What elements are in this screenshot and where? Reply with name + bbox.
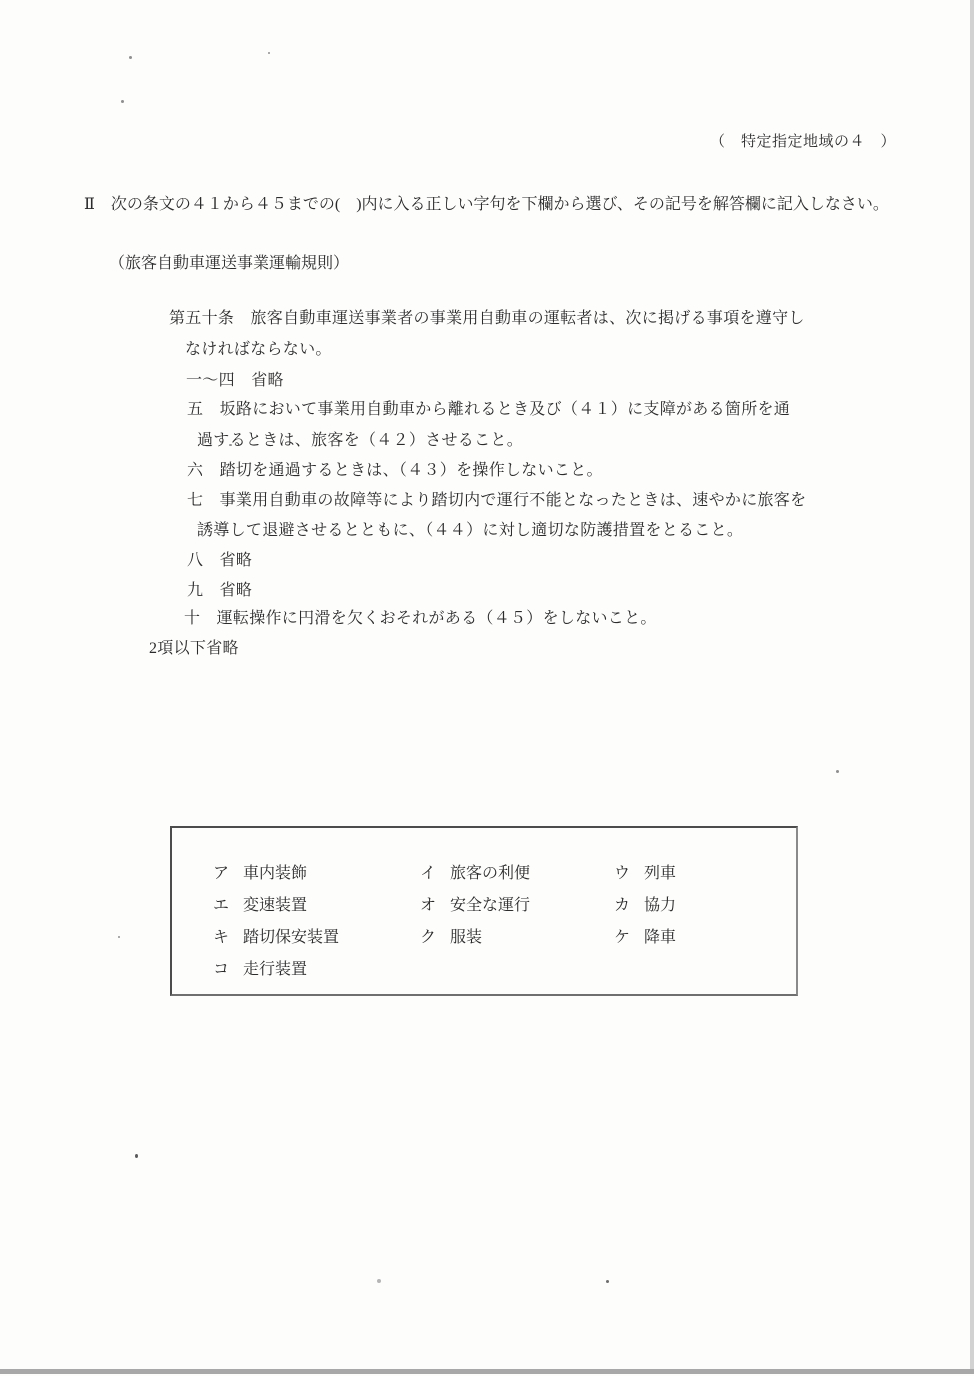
scan-speck [129,56,132,59]
choice-label: 列車 [644,865,676,882]
scan-right-edge [970,0,974,1370]
scan-speck [135,1154,138,1158]
article-line: 九 省略 [187,577,252,600]
article-line: 五 坂路において事業用自動車から離れるとき及び（４１）に支障がある箇所を通 [187,396,790,419]
choice-key: キ [213,929,229,946]
choice-key: ウ [614,865,630,882]
choice-item-e: エ変速装置 [213,892,307,915]
scan-speck [118,936,120,938]
choice-item-ke: ケ降車 [614,924,676,947]
answer-choices-box: ア車内装飾 イ旅客の利便 ウ列車 エ変速装置 オ安全な運行 カ協力 キ踏切保安装… [170,826,798,996]
question-instruction: Ⅱ 次の条文の４１から４５までの( )内に入る正しい字句を下欄から選び、その記号… [84,191,889,214]
scan-speck [836,770,839,773]
scan-speck [606,1280,609,1283]
article-line: 第五十条 旅客自動車運送事業者の事業用自動車の運転者は、次に掲げる事項を遵守し [169,305,805,328]
choice-label: 走行装置 [243,961,307,978]
choice-key: ア [213,865,229,882]
article-line: 七 事業用自動車の故障等により踏切内で運行不能となったときは、速やかに旅客を [187,487,806,510]
choice-item-i: イ旅客の利便 [420,860,530,883]
choice-item-o: オ安全な運行 [420,892,530,915]
choice-key: エ [213,897,229,914]
choice-key: イ [420,865,436,882]
choice-label: 旅客の利便 [450,865,530,882]
choice-key: コ [213,961,229,978]
choice-label: 踏切保安装置 [243,929,339,946]
choice-label: 変速装置 [243,897,307,914]
choice-item-ko: コ走行装置 [213,956,307,979]
choice-key: ク [420,929,436,946]
scan-speck [377,1279,381,1283]
scan-bottom-edge [0,1369,974,1374]
choice-key: ケ [614,929,630,946]
choice-item-u: ウ列車 [614,860,676,883]
article-line: 一～四 省略 [186,367,284,390]
choice-label: 降車 [644,929,676,946]
choice-key: オ [420,897,436,914]
article-line: 2項以下省略 [149,635,239,658]
article-line: なければならない。 [185,336,332,359]
regulation-source-title: （旅客自動車運送事業運輸規則） [109,250,349,273]
article-line: 過するときは、旅客を（４２）させること。 [197,427,523,450]
article-line: 十 運転操作に円滑を欠くおそれがある（４５）をしないこと。 [184,605,657,628]
scan-speck [229,444,232,446]
choice-label: 協力 [644,897,676,914]
choice-item-ku: ク服装 [420,924,482,947]
choice-label: 服装 [450,929,482,946]
choice-item-a: ア車内装飾 [213,860,307,883]
choice-label: 車内装飾 [243,865,307,882]
scan-speck [121,100,124,103]
article-line: 八 省略 [187,547,252,570]
article-line: 誘導して退避させるとともに、（４４）に対し適切な防護措置をとること。 [197,517,743,540]
scan-speck [268,52,270,54]
choice-label: 安全な運行 [450,897,530,914]
page-header-tag: （ 特定指定地域の４ ） [710,130,896,151]
scanned-exam-page: （ 特定指定地域の４ ） Ⅱ 次の条文の４１から４５までの( )内に入る正しい字… [0,0,974,1376]
choice-item-ki: キ踏切保安装置 [213,924,339,947]
article-line: 六 踏切を通過するときは、（４３）を操作しないこと。 [187,457,603,480]
choice-item-ka: カ協力 [614,892,676,915]
choice-key: カ [614,897,630,914]
